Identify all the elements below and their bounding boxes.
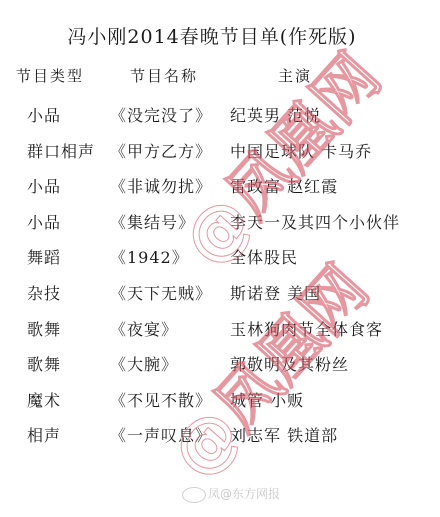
program-type: 群口相声 xyxy=(27,139,95,162)
program-name: 《天下无贼》 xyxy=(110,281,212,304)
program-name: 《没完没了》 xyxy=(110,103,212,126)
program-name: 《不见不散》 xyxy=(110,388,212,411)
program-name: 《夜宴》 xyxy=(110,317,178,340)
program-name: 《非诚勿扰》 xyxy=(110,174,212,197)
program-cast: 玉林狗肉节全体食客 xyxy=(230,317,383,340)
program-type: 杂技 xyxy=(27,281,61,304)
program-cast: 纪英男 范悦 xyxy=(230,103,321,126)
program-row: 群口相声 《甲方乙方》 中国足球队 卡马乔 xyxy=(0,136,440,172)
program-cast: 斯诺登 美国 xyxy=(230,281,321,304)
weibo-logo-icon xyxy=(182,487,206,503)
program-type: 相声 xyxy=(27,423,61,446)
program-row: 小品 《没完没了》 纪英男 范悦 xyxy=(0,100,440,136)
column-header-cast: 主演 xyxy=(278,65,312,86)
program-type: 魔术 xyxy=(27,388,61,411)
program-row: 杂技 《天下无贼》 斯诺登 美国 xyxy=(0,278,440,314)
program-name: 《甲方乙方》 xyxy=(110,139,212,162)
program-cast: 城管 小贩 xyxy=(230,388,304,411)
program-cast: 刘志军 铁道部 xyxy=(230,423,338,446)
program-cast: 李天一及其四个小伙伴 xyxy=(230,210,400,233)
program-row: 舞蹈 《1942》 全体股民 xyxy=(0,242,440,278)
weibo-watermark: 凤@东方网报 xyxy=(182,485,280,503)
program-row: 小品 《非诚勿扰》 雷政富 赵红霞 xyxy=(0,171,440,207)
program-cast: 中国足球队 卡马乔 xyxy=(230,139,372,162)
program-type: 小品 xyxy=(27,103,61,126)
program-name: 《一声叹息》 xyxy=(110,423,212,446)
program-name: 《大腕》 xyxy=(110,352,178,375)
program-type: 歌舞 xyxy=(27,352,61,375)
program-row: 相声 《一声叹息》 刘志军 铁道部 xyxy=(0,420,440,456)
program-type: 舞蹈 xyxy=(27,245,61,268)
column-header-name: 节目名称 xyxy=(130,65,198,86)
program-cast: 雷政富 赵红霞 xyxy=(230,174,338,197)
column-header-type: 节目类型 xyxy=(16,65,84,86)
program-list: 小品 《没完没了》 纪英男 范悦 群口相声 《甲方乙方》 中国足球队 卡马乔 小… xyxy=(0,100,440,456)
program-type: 小品 xyxy=(27,210,61,233)
weibo-watermark-text: 凤@东方网报 xyxy=(208,487,280,501)
program-type: 小品 xyxy=(27,174,61,197)
program-cast: 郭敬明及其粉丝 xyxy=(230,352,349,375)
program-row: 歌舞 《大腕》 郭敬明及其粉丝 xyxy=(0,349,440,385)
program-row: 魔术 《不见不散》 城管 小贩 xyxy=(0,385,440,421)
program-name: 《1942》 xyxy=(110,245,189,268)
program-row: 小品 《集结号》 李天一及其四个小伙伴 xyxy=(0,207,440,243)
program-list-title: 冯小刚2014春晚节目单(作死版) xyxy=(0,22,424,49)
program-cast: 全体股民 xyxy=(230,245,298,268)
program-type: 歌舞 xyxy=(27,317,61,340)
program-name: 《集结号》 xyxy=(110,210,195,233)
program-row: 歌舞 《夜宴》 玉林狗肉节全体食客 xyxy=(0,314,440,350)
